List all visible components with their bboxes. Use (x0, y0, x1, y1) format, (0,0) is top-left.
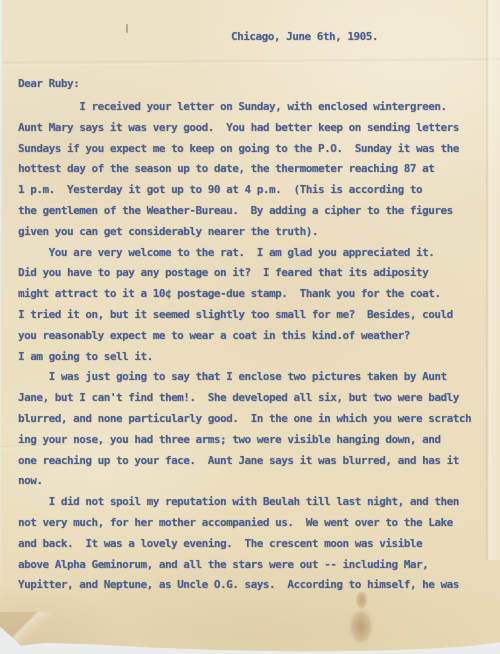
bottom-left-corner-fold (0, 612, 52, 654)
dateline: Chicago, June 6th, 1905. (231, 30, 378, 43)
vertical-fold-crease (486, 0, 500, 560)
small-crease-mark (126, 24, 128, 33)
salutation: Dear Ruby: (18, 77, 79, 90)
horizontal-fold-crease (0, 58, 500, 65)
scan-background: Chicago, June 6th, 1905. Dear Ruby: I re… (0, 0, 500, 654)
stain-mark (344, 592, 378, 648)
letter-body: I received your letter on Sunday, with e… (18, 97, 471, 596)
letter-page: Chicago, June 6th, 1905. Dear Ruby: I re… (0, 0, 500, 654)
